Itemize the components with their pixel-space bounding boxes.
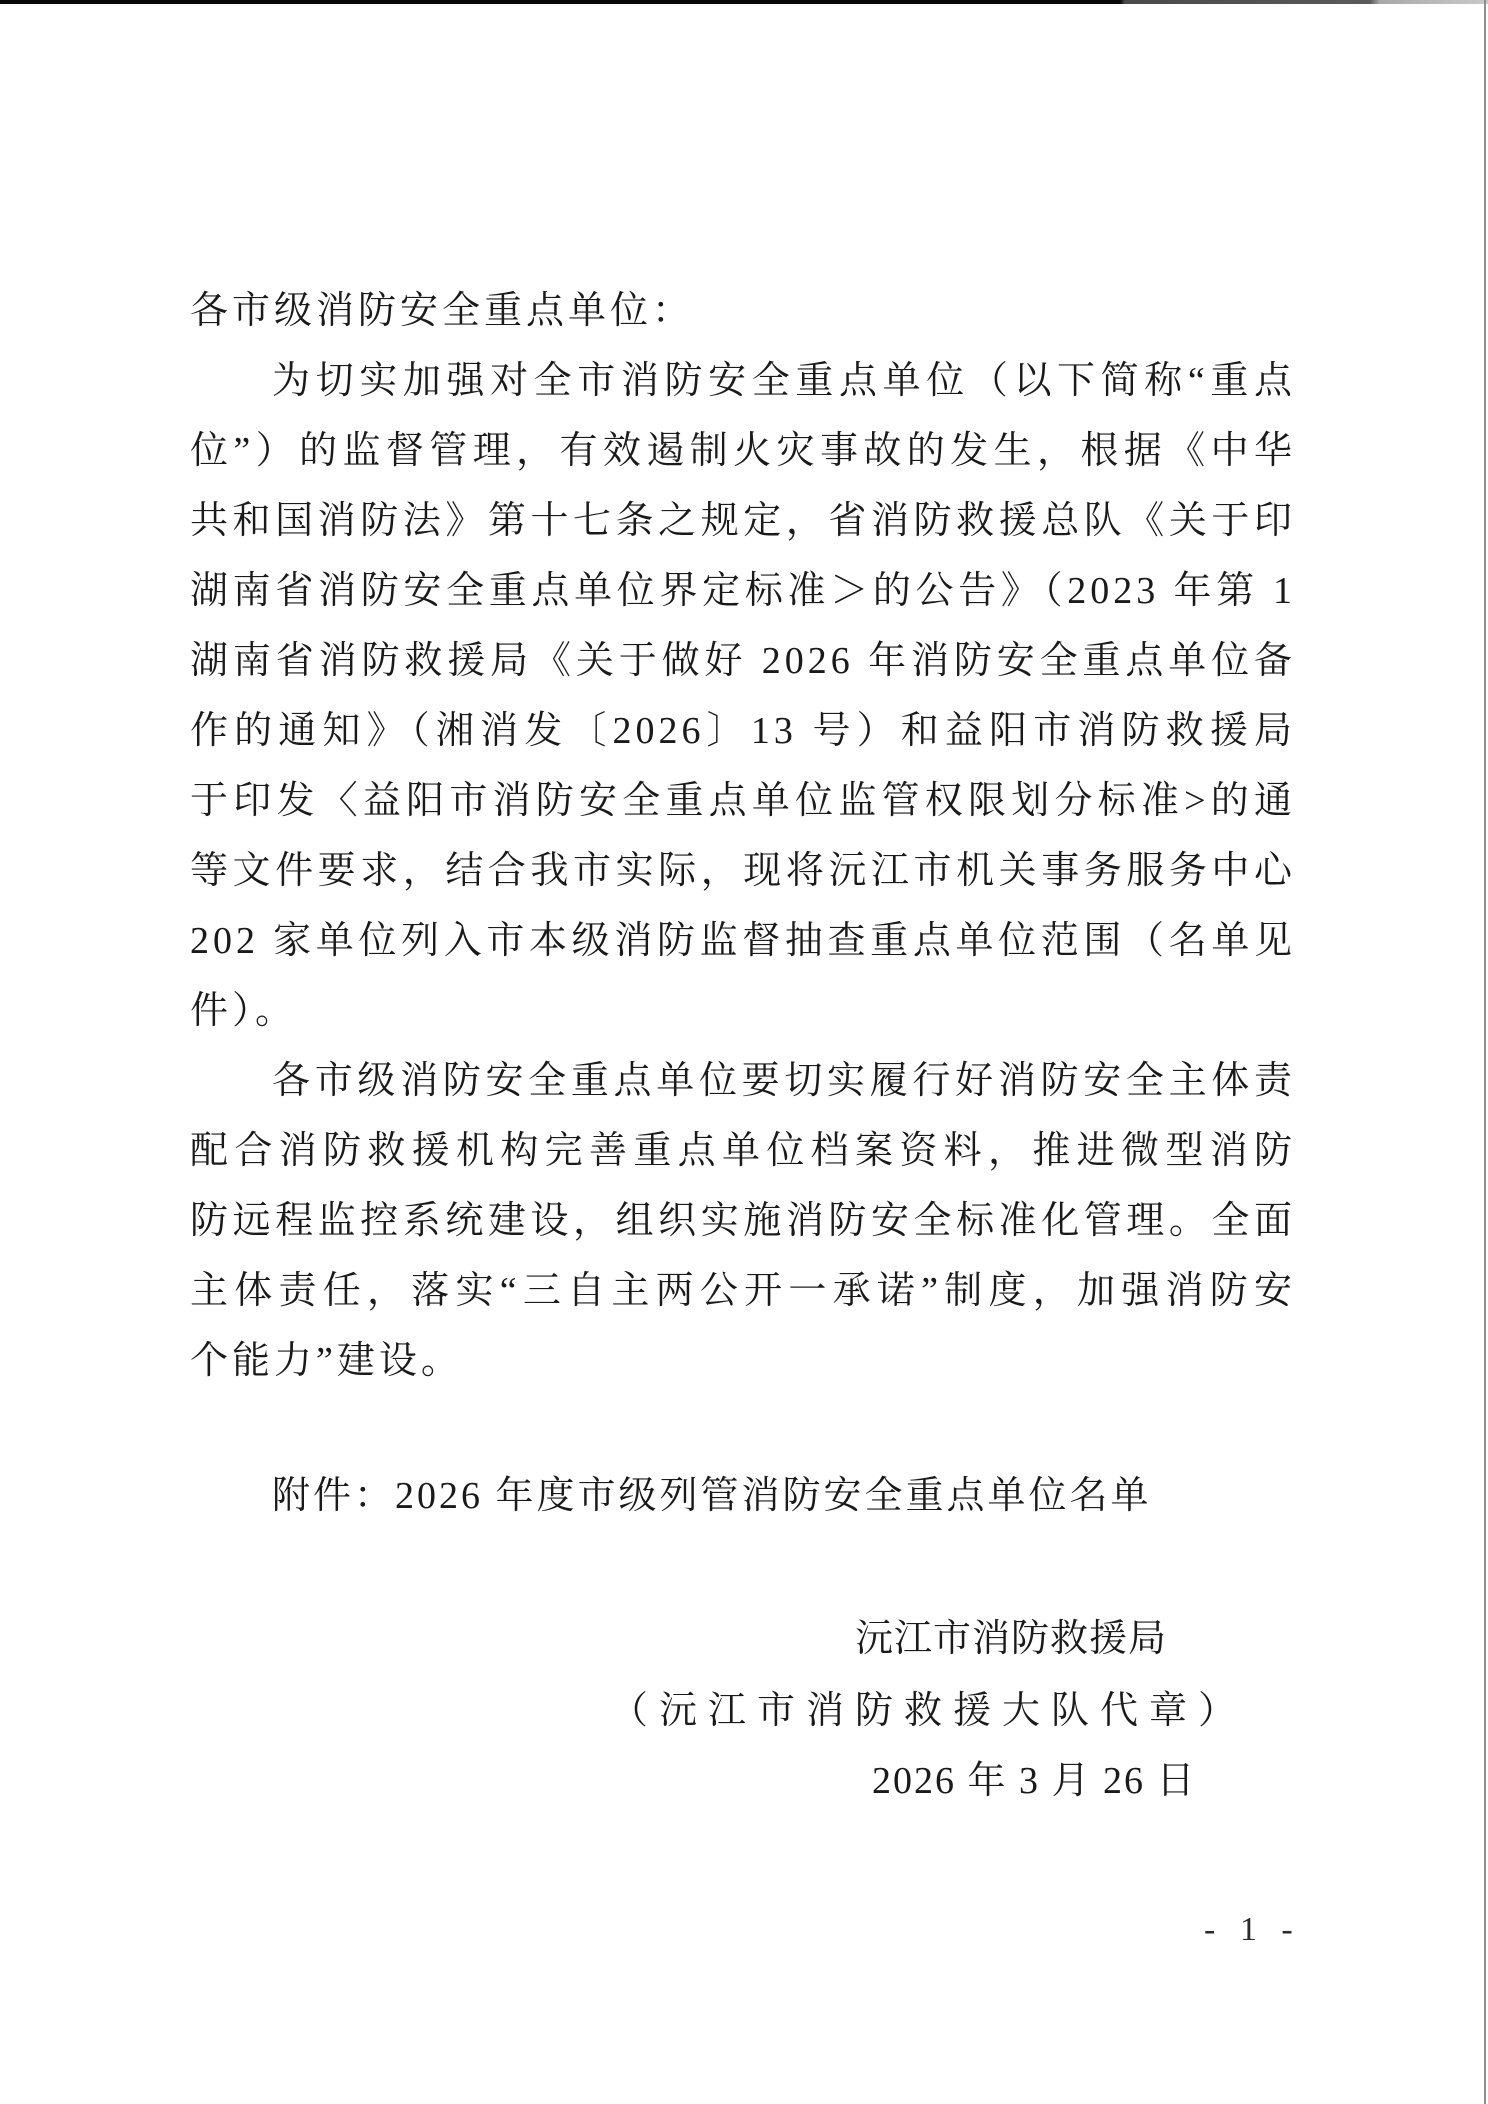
paragraph2-line: 各市级消防安全重点单位要切实履行好消防安全主体责任， [190,1046,1296,1116]
paragraph1-line: 湖南省消防救援局《关于做好 2026 年消防安全重点单位备案工 [190,626,1296,696]
scan-artifact-top [0,0,1488,4]
attachment-line: 附件：2026 年度市级列管消防安全重点单位名单 [272,1461,1152,1531]
paragraph1-line: 作的通知》（湘消发〔2026〕13 号）和益阳市消防救援局《关 [190,696,1296,766]
paragraph1-line: 位”）的监督管理，有效遏制火灾事故的发生，根据《中华人民 [190,416,1296,486]
scan-artifact-right [1484,0,1486,2104]
paragraph1-line: 共和国消防法》第十七条之规定，省消防救援总队《关于印发＜ [190,486,1296,556]
paragraph1-line: 为切实加强对全市消防安全重点单位（以下简称“重点单 [190,346,1296,416]
paragraph1-line: 于印发〈益阳市消防安全重点单位监管权限划分标准>的通知》 [190,766,1296,836]
signature-organization: 沅江市消防救援局 [855,1604,1167,1674]
paragraph1-line: 等文件要求，结合我市实际，现将沅江市机关事务服务中心等 [190,836,1296,906]
paragraph2-line: 个能力”建设。 [190,1326,1296,1396]
paragraph2-line: 防远程监控系统建设，组织实施消防安全标准化管理。全面落实 [190,1186,1296,1256]
notice-body: 各市级消防安全重点单位： 为切实加强对全市消防安全重点单位（以下简称“重点单 位… [190,276,1296,1396]
paragraph2-line: 配合消防救援机构完善重点单位档案资料，推进微型消防站、消 [190,1116,1296,1186]
paragraph1-line: 湖南省消防安全重点单位界定标准＞的公告》（2023 年第 1 号）、 [190,556,1296,626]
signature-date: 2026 年 3 月 26 日 [872,1746,1197,1816]
page-number: - 1 - [1204,1908,1301,1952]
salutation-line: 各市级消防安全重点单位： [190,276,1296,346]
paragraph2-line: 主体责任，落实“三自主两公开一承诺”制度，加强消防安全“四 [190,1256,1296,1326]
paragraph1-line: 202 家单位列入市本级消防监督抽查重点单位范围（名单见附 [190,906,1296,976]
signature-seal-note: （沅江市消防救援大队代章） [610,1676,1247,1746]
paragraph1-line: 件）。 [190,976,1296,1046]
document-page: 各市级消防安全重点单位： 为切实加强对全市消防安全重点单位（以下简称“重点单 位… [0,0,1488,2104]
